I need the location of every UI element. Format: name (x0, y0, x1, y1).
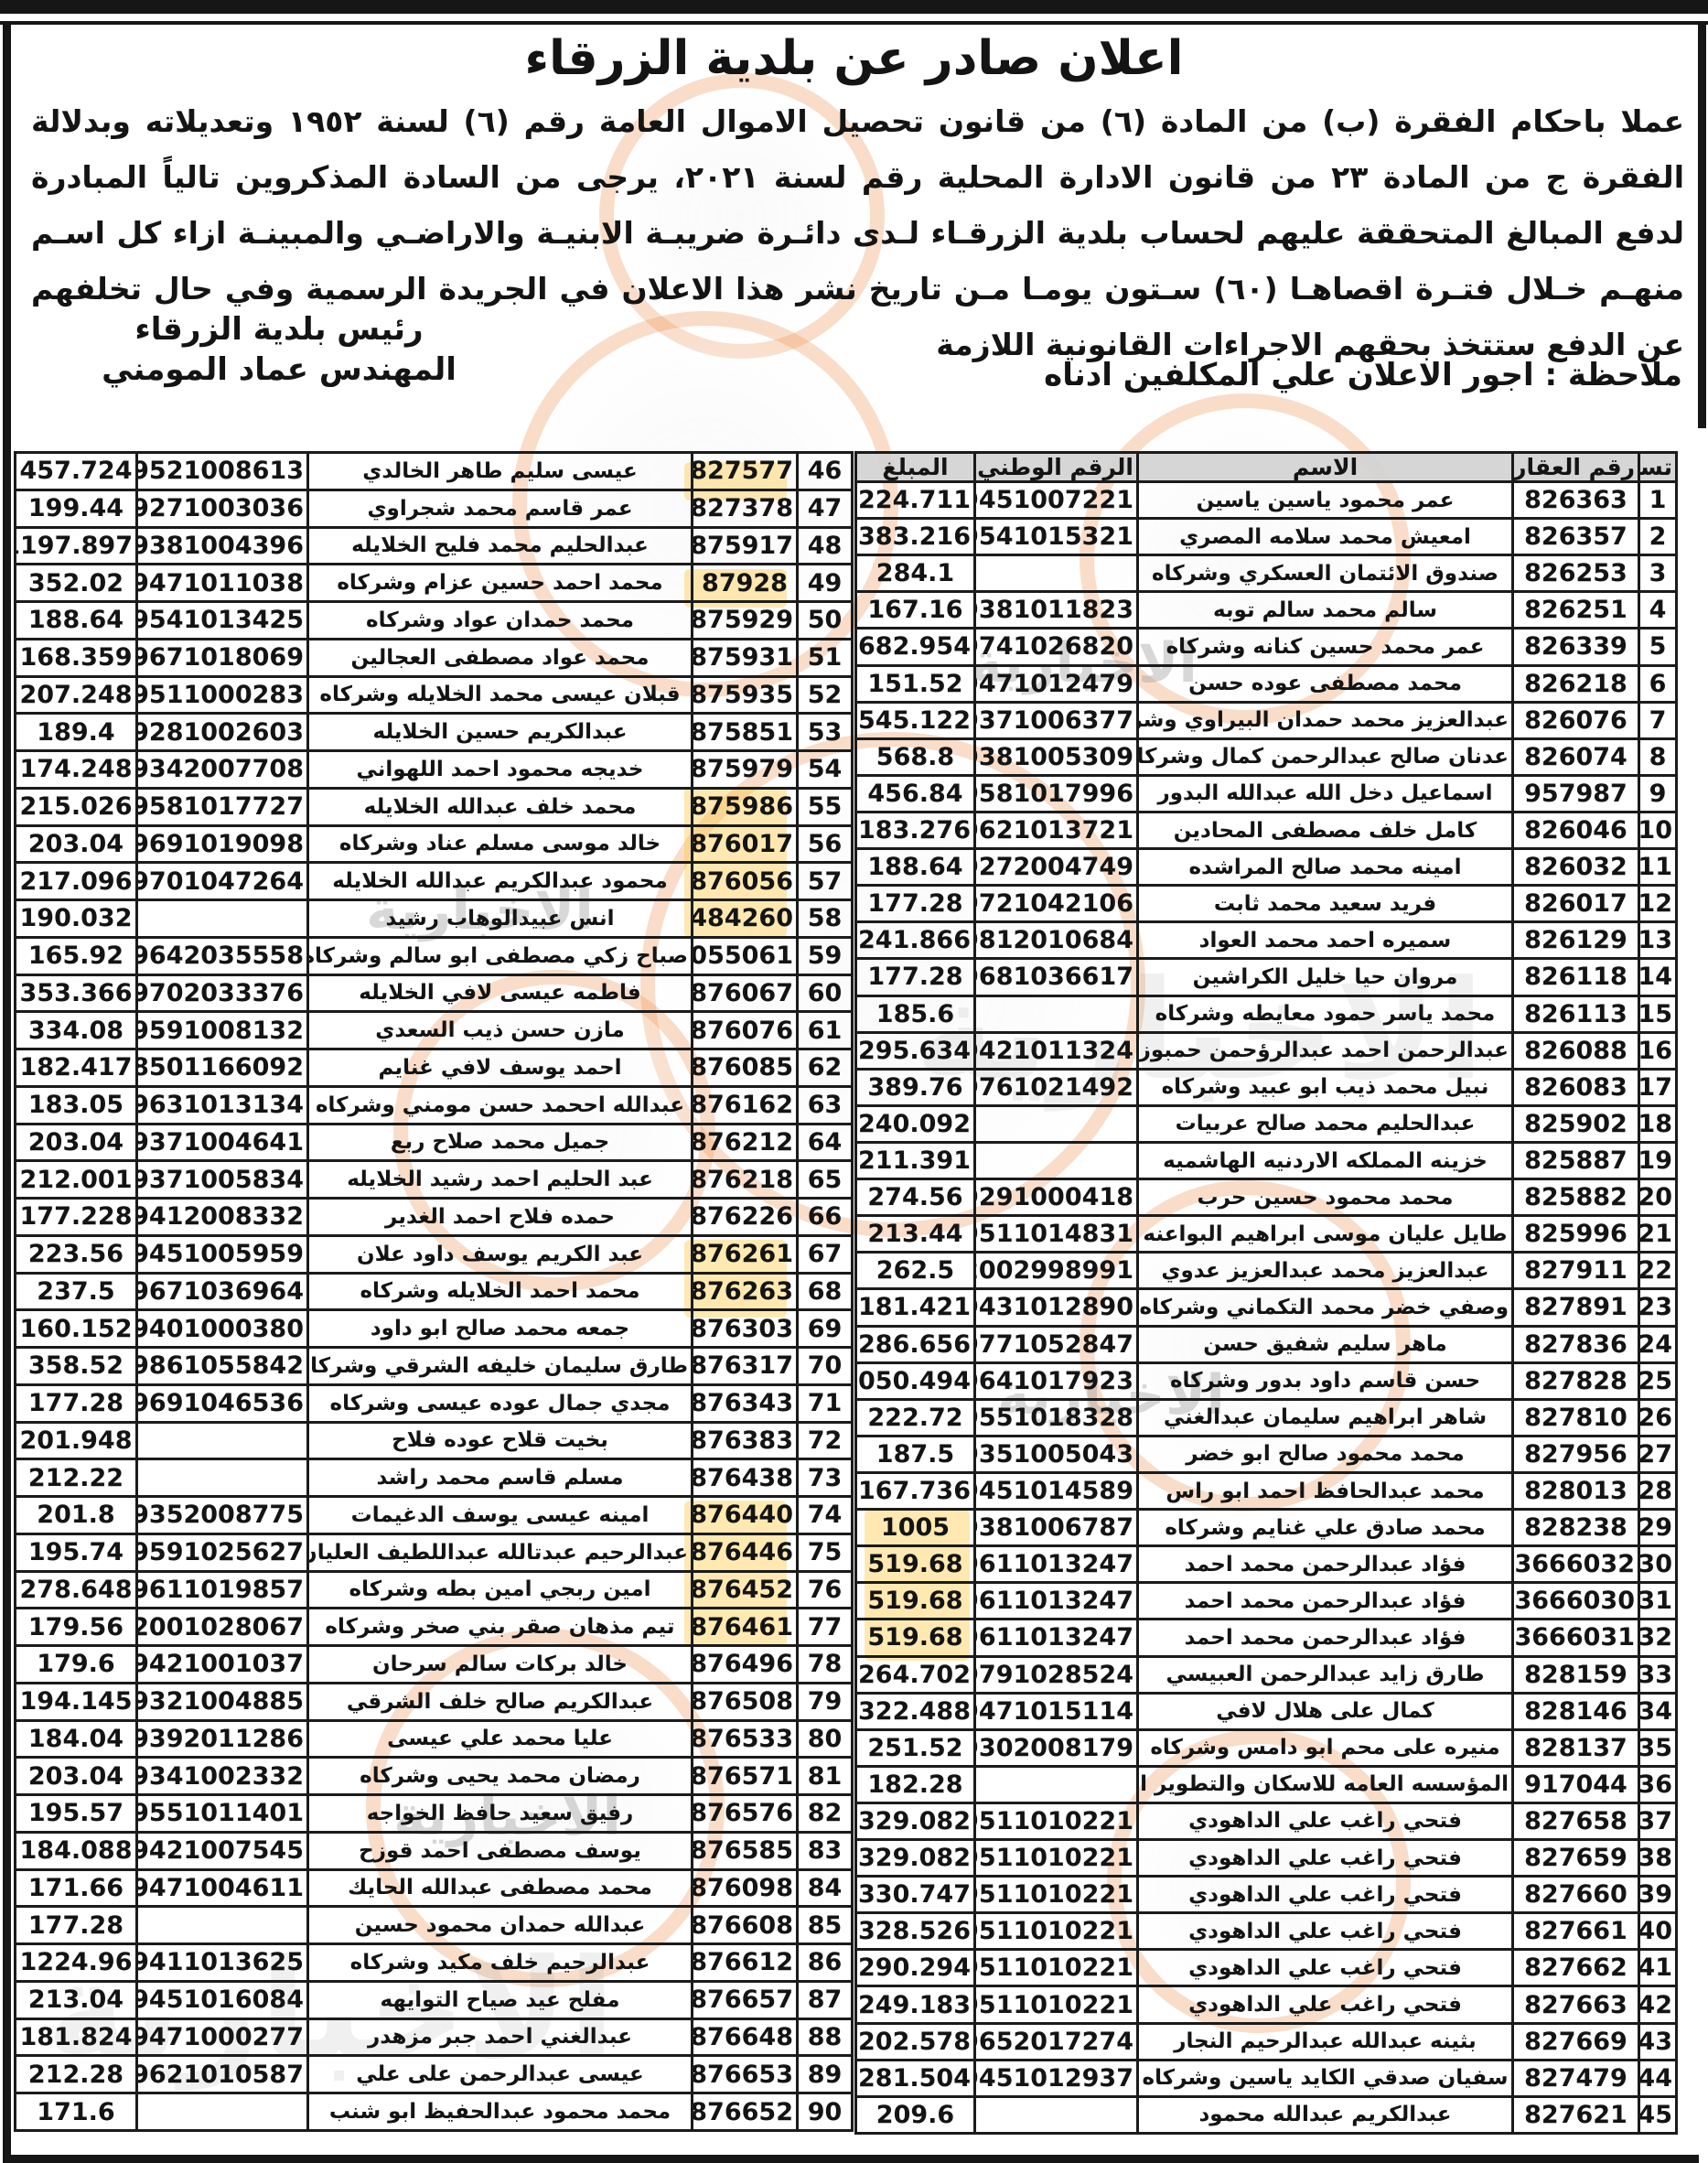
cell-serial: 75 (798, 1533, 853, 1571)
table-row: 67876261عبد الكريم يوسف داود علان9451005… (16, 1235, 853, 1273)
cell-serial: 70 (798, 1348, 853, 1385)
cell-serial: 40 (1639, 1913, 1677, 1950)
cell-amount: 184.04 (16, 1720, 137, 1758)
table-row: 8826074عدنان صالح عبدالرحمن كمال وشركاه9… (856, 738, 1677, 775)
cell-property: 827891 (1513, 1289, 1639, 1326)
table-row: 16826088عبدالرحمن احمد عبدالرؤحمن حمبوز9… (856, 1032, 1677, 1069)
table-row: 14826118مروان حيا خليل الكراشين968103661… (856, 959, 1677, 995)
cell-serial: 22 (1639, 1253, 1677, 1289)
cell-national: 9721042106 (975, 886, 1138, 922)
cell-serial: 27 (1639, 1436, 1677, 1472)
cell-name: محمد احمد الخلايله وشركاه (308, 1273, 693, 1310)
cell-serial: 25 (1639, 1362, 1677, 1399)
cell-national: 9342007708 (137, 751, 308, 789)
cell-national: 9761021492 (975, 1069, 1138, 1105)
cell-property: 827577 (693, 453, 798, 490)
cell-name: امعيش محمد سلامه المصري (1138, 519, 1513, 555)
table-row: 51875931محمد عواد مصطفى العجالين96710180… (16, 639, 853, 676)
cell-amount: 177.28 (856, 886, 975, 922)
frame-left-bar (3, 21, 11, 2163)
cell-serial: 78 (798, 1646, 853, 1684)
cell-name: خالد بركات سالم سرحان (308, 1646, 693, 1684)
cell-national: 9291000418 (975, 1179, 1138, 1216)
cell-property: 828146 (1513, 1693, 1639, 1729)
table-row: 19825887خزينه المملكه الاردنيه الهاشميه2… (856, 1142, 1677, 1178)
cell-amount: 284.1 (856, 555, 975, 592)
cell-serial: 29 (1639, 1510, 1677, 1546)
cell-name: عبدالله اححمد حسن مومني وشركاه (308, 1086, 693, 1124)
cell-name: حسن قاسم داود بدور وشركاه (1138, 1362, 1513, 1399)
table-row: 35828137منيره على محم ابو دامس وشركاه930… (856, 1729, 1677, 1766)
cell-property: 876653 (693, 2056, 798, 2093)
top-border-bar (0, 0, 1708, 14)
cell-name: عبدالرحيم عبدتالله عبداللطيف العليان (308, 1533, 693, 1571)
table-row: 11826032امينه محمد صالح المراشده92720047… (856, 849, 1677, 886)
signature-block: رئيس بلدية الزرقاء المهندس عماد المومني (50, 309, 508, 390)
cell-amount: 203.04 (16, 1758, 137, 1795)
cell-amount: 519.68 (856, 1583, 975, 1620)
table-row: 47827378عمر قاسم محمد شجراوي927100303619… (16, 490, 853, 527)
cell-amount: 181.824 (16, 2018, 137, 2056)
cell-name: يوسف مصطفى احمد قوزح (308, 1832, 693, 1869)
cell-amount: 240.092 (856, 1105, 975, 1142)
cell-name: جمعه محمد صالح ابو داود (308, 1310, 693, 1348)
cell-amount: 151.52 (856, 665, 975, 702)
cell-amount: 519.68 (856, 1620, 975, 1656)
cell-amount: 168.359 (16, 639, 137, 676)
cell-serial: 47 (798, 490, 853, 527)
cell-national: 9381006787 (975, 1510, 1138, 1546)
cell-name: طارق زايد عبدالرحمن العبيسي (1138, 1656, 1513, 1693)
cell-name: خالد موسى مسلم عناد وشركاه (308, 825, 693, 863)
cell-national: 9511014831 (975, 1216, 1138, 1253)
cell-national: 9581017727 (137, 788, 308, 825)
cell-amount: 177.228 (16, 1199, 137, 1236)
cell-serial: 1 (1639, 482, 1677, 519)
cell-national: 9271003036 (137, 490, 308, 527)
cell-amount: 383.216 (856, 519, 975, 555)
table-row: 41827662فتحي راغب علي الداهودي9511010221… (856, 1950, 1677, 1986)
table-row: 79876508عبدالكريم صالح خلف الشرقي9321004… (16, 1683, 853, 1720)
cell-amount: 188.64 (856, 849, 975, 886)
cell-amount: 215.026 (16, 788, 137, 825)
cell-property: 827911 (1513, 1253, 1639, 1289)
cell-name: عبد الحليم احمد رشيد الخلايله (308, 1161, 693, 1199)
table-row: 64876212جميل محمد صلاح ربع9371004641203.… (16, 1124, 853, 1161)
cell-national: 9381004396 (137, 527, 308, 565)
cell-national: 9381005309 (975, 738, 1138, 775)
cell-serial: 33 (1639, 1656, 1677, 1693)
cell-serial: 64 (798, 1124, 853, 1161)
table-row: 66876226حمده فلاح احمد الغدير94120083321… (16, 1199, 853, 1236)
cell-name: قبلان عيسى محمد الخلايله وشركاه (308, 676, 693, 714)
cell-property: 826032 (1513, 849, 1639, 886)
table-row: 5826339عمر محمد حسين كنانه وشركاه9741026… (856, 629, 1677, 665)
table-row: 75876446عبدالرحيم عبدتالله عبداللطيف الع… (16, 1533, 853, 1571)
table-row: 84876098محمد مصطفى عبدالله الحايك9471004… (16, 1869, 853, 1907)
cell-name: عبدالرحمن احمد عبدالرؤحمن حمبوز (1138, 1032, 1513, 1069)
cell-national: 9451007221 (975, 482, 1138, 519)
cell-national: 9621013721 (975, 812, 1138, 848)
table-row: 87876657مفلح عيد صياح التوايهه9451016084… (16, 1981, 853, 2018)
cell-property: 827659 (1513, 1840, 1639, 1877)
cell-serial: 79 (798, 1683, 853, 1720)
cell-name: فتحي راغب علي الداهودي (1138, 1877, 1513, 1913)
cell-property: 876218 (693, 1161, 798, 1199)
cell-serial: 32 (1639, 1620, 1677, 1656)
cell-national: 9411013625 (137, 1944, 308, 1982)
cell-amount: 329.082 (856, 1840, 975, 1877)
cell-property: 876226 (693, 1199, 798, 1236)
cell-name: طارق سليمان خليفه الشرقي وشركاه (308, 1348, 693, 1385)
cell-amount: 222.72 (856, 1399, 975, 1436)
cell-national: 9791028524 (975, 1656, 1138, 1693)
cell-name: فتحي راغب علي الداهودي (1138, 1950, 1513, 1986)
cell-name: فريد سعيد محمد ثابت (1138, 886, 1513, 922)
cell-amount: 183.276 (856, 812, 975, 848)
cell-property: 827836 (1513, 1326, 1639, 1362)
cell-amount: 213.04 (16, 1981, 137, 2018)
cell-amount: 209.6 (856, 2096, 975, 2133)
cell-name: عبدالكريم عبدالله محمود (1138, 2096, 1513, 2133)
cell-name: محمد محمود حسين حرب (1138, 1179, 1513, 1216)
table-row: 36917044المؤسسه العامه للاسكان والتطوير … (856, 1766, 1677, 1802)
cell-name: انس عبيدالوهاب رشيد (308, 900, 693, 938)
table-row: 33828159طارق زايد عبدالرحمن العبيسي97910… (856, 1656, 1677, 1693)
cell-amount: 329.082 (856, 1802, 975, 1839)
cell-property: 876438 (693, 1459, 798, 1497)
table-row: 85876608عبدالله حمدان محمود حسين177.28 (16, 1907, 853, 1944)
table-row: 62876085احمد يوسف لافي غنايم850116609218… (16, 1049, 853, 1087)
cell-serial: 30 (1639, 1546, 1677, 1583)
cell-name: رفيق سعيد حافظ الخواجه (308, 1795, 693, 1833)
cell-name: محمد عبدالحافظ احمد ابو راس (1138, 1472, 1513, 1509)
cell-serial: 20 (1639, 1179, 1677, 1216)
cell-property: 876076 (693, 1012, 798, 1049)
cell-serial: 11 (1639, 849, 1677, 886)
cell-serial: 28 (1639, 1472, 1677, 1509)
cell-serial: 80 (798, 1720, 853, 1758)
cell-property: 825902 (1513, 1105, 1639, 1142)
table-row: 90876652محمد محمود عبدالحفيظ ابو شنب171.… (16, 2093, 853, 2131)
cell-amount: 217.096 (16, 863, 137, 900)
cell-amount: 202.578 (856, 2023, 975, 2060)
cell-property: 876576 (693, 1795, 798, 1833)
cell-name: محمد حمدان عواد وشركاه (308, 602, 693, 640)
cell-serial: 77 (798, 1609, 853, 1646)
cell-property: 957987 (1513, 775, 1639, 812)
cell-national: 9511010221 (975, 1840, 1138, 1877)
cell-property: 827956 (1513, 1436, 1639, 1472)
cell-serial: 26 (1639, 1399, 1677, 1436)
cell-serial: 62 (798, 1049, 853, 1087)
cell-national (975, 1105, 1138, 1142)
cell-name: المؤسسه العامه للاسكان والتطوير الحضري (1138, 1766, 1513, 1802)
table-row: 74876440امينه عيسى يوسف الدغيمات93520087… (16, 1497, 853, 1534)
cell-serial: 60 (798, 974, 853, 1012)
cell-name: كمال على هلال لافي (1138, 1693, 1513, 1729)
cell-national: 9551011401 (137, 1795, 308, 1833)
table-row: 4987928محمد احمد حسين عزام وشركاه9471011… (16, 565, 853, 602)
cell-amount: 295.634 (856, 1032, 975, 1069)
cell-national: 2002998991 (975, 1253, 1138, 1289)
cell-serial: 16 (1639, 1032, 1677, 1069)
cell-name: مجدي جمال عوده عيسى وشركاه (308, 1384, 693, 1422)
cell-serial: 12 (1639, 886, 1677, 922)
cell-amount: 212.22 (16, 1459, 137, 1497)
cell-name: فاطمه عيسى لافي الخلايله (308, 974, 693, 1012)
cell-name: فؤاد عبدالرحمن محمد احمد (1138, 1546, 1513, 1583)
signature-name: المهندس عماد المومني (50, 350, 508, 390)
cell-name: عبدالله حمدان محمود حسين (308, 1907, 693, 1944)
cell-property: 875986 (693, 788, 798, 825)
cell-amount: 167.16 (856, 592, 975, 629)
cell-serial: 83 (798, 1832, 853, 1869)
table-row: 45827621عبدالكريم عبدالله محمود209.6 (856, 2096, 1677, 2133)
cell-serial: 48 (798, 527, 853, 565)
cell-amount: 3050.494 (856, 1362, 975, 1399)
cell-serial: 86 (798, 1944, 853, 1982)
header-name: الاسم (1138, 453, 1513, 482)
table-row: 13826129سميره احمد محمد العواد9812010684… (856, 922, 1677, 959)
cell-name: محمود عبدالكريم عبدالله الخلايله (308, 863, 693, 900)
cell-amount: 160.152 (16, 1310, 137, 1348)
cell-amount: 188.64 (16, 602, 137, 640)
cell-national: 9511010221 (975, 1877, 1138, 1913)
cell-national: 2001028067 (137, 1609, 308, 1646)
table-row: 23827891وصفي خضر محمد التكماني وشركاه943… (856, 1289, 1677, 1326)
cell-property: 827663 (1513, 1986, 1639, 2023)
cell-national: 9371006377 (975, 702, 1138, 738)
cell-national: 9691019098 (137, 825, 308, 863)
cell-amount: 352.02 (16, 565, 137, 602)
cell-national: 9451012937 (975, 2060, 1138, 2096)
cell-national: 9281002603 (137, 714, 308, 751)
cell-serial: 39 (1639, 1877, 1677, 1913)
cell-serial: 89 (798, 2056, 853, 2093)
cell-name: عبدالعزيز محمد حمدان البيراوي وشركاه (1138, 702, 1513, 738)
cell-national: 9771052847 (975, 1326, 1138, 1362)
cell-amount: 212.001 (16, 1161, 137, 1199)
table-row: 17826083نبيل محمد ذيب ابو عبيد وشركاه976… (856, 1069, 1677, 1105)
cell-national: 9621010587 (137, 2056, 308, 2093)
page-title: اعلان صادر عن بلدية الزرقاء (0, 31, 1708, 86)
cell-national: 9511000283 (137, 676, 308, 714)
cell-national: 9611013247 (975, 1583, 1138, 1620)
cell-property: 876098 (693, 1869, 798, 1907)
table-row: 37827658فتحي راغب علي الداهودي9511010221… (856, 1802, 1677, 1839)
cell-amount: 171.6 (16, 2093, 137, 2131)
cell-serial: 23 (1639, 1289, 1677, 1326)
cell-national: 9351005043 (975, 1436, 1138, 1472)
table-row: 39827660فتحي راغب علي الداهودي9511010221… (856, 1877, 1677, 1913)
cell-property: 876652 (693, 2093, 798, 2131)
table-row: 80876533عليا محمد علي عيسى9392011286184.… (16, 1720, 853, 1758)
table-row: 60876067فاطمه عيسى لافي الخلايله97020333… (16, 974, 853, 1012)
cell-name: خزينه المملكه الاردنيه الهاشميه (1138, 1142, 1513, 1178)
table-row: 69876303جمعه محمد صالح ابو داود940100038… (16, 1310, 853, 1348)
cell-serial: 17 (1639, 1069, 1677, 1105)
cell-amount: 184.088 (16, 1832, 137, 1869)
cell-property: 826113 (1513, 995, 1639, 1032)
cell-amount: 281.504 (856, 2060, 975, 2096)
cell-name: سالم محمد سالم توبه (1138, 592, 1513, 629)
cell-amount: 211.391 (856, 1142, 975, 1178)
cell-national: 9591008132 (137, 1012, 308, 1049)
cell-name: فتحي راغب علي الداهودي (1138, 1802, 1513, 1839)
cell-serial: 68 (798, 1273, 853, 1310)
cell-serial: 85 (798, 1907, 853, 1944)
taxpayers-table-right: تسلسل رقم العقار الاسم الرقم الوطني المب… (854, 451, 1678, 2135)
cell-name: محمد محمود عبدالحفيظ ابو شنب (308, 2093, 693, 2131)
cell-national: 9471015114 (975, 1693, 1138, 1729)
cell-property: 826357 (1513, 519, 1639, 555)
cell-property: 827378 (693, 490, 798, 527)
table-row: 65876218عبد الحليم احمد رشيد الخلايله937… (16, 1161, 853, 1199)
cell-serial: 51 (798, 639, 853, 676)
cell-amount: 195.74 (16, 1533, 137, 1571)
cell-national (137, 1459, 308, 1497)
cell-national: 9421011324 (975, 1032, 1138, 1069)
cell-name: احمد يوسف لافي غنايم (308, 1049, 693, 1087)
cell-amount: 177.28 (856, 959, 975, 995)
table-row: 28828013محمد عبدالحافظ احمد ابو راس94510… (856, 1472, 1677, 1509)
cell-property: 876612 (693, 1944, 798, 1982)
cell-property: 876571 (693, 1758, 798, 1795)
cell-property: 825882 (1513, 1179, 1639, 1216)
cell-serial: 38 (1639, 1840, 1677, 1877)
table-row: 44827479سفيان صدقي الكايد ياسين وشركاه94… (856, 2060, 1677, 2096)
cell-serial: 18 (1639, 1105, 1677, 1142)
cell-amount: 181.421 (856, 1289, 975, 1326)
cell-serial: 65 (798, 1161, 853, 1199)
table-row: 2826357امعيش محمد سلامه المصري9541015321… (856, 519, 1677, 555)
cell-national (975, 995, 1138, 1032)
cell-name: عبد الكريم يوسف داود علان (308, 1235, 693, 1273)
cell-national (975, 1766, 1138, 1802)
cell-amount: 358.52 (16, 1348, 137, 1385)
cell-name: خديجه محمود احمد اللهواني (308, 751, 693, 789)
cell-name: صباح زكي مصطفى ابو سالم وشركاه (308, 937, 693, 974)
cell-name: محمد مصطفى عوده حسن (1138, 665, 1513, 702)
cell-serial: 87 (798, 1981, 853, 2018)
table-row: 48875917عبدالحليم محمد فليح الخلايله9381… (16, 527, 853, 565)
cell-amount: 207.248 (16, 676, 137, 714)
cell-name: مفلح عيد صياح التوايهه (308, 1981, 693, 2018)
cell-amount: 212.28 (16, 2056, 137, 2093)
cell-national: 9641017923 (975, 1362, 1138, 1399)
cell-name: بخيت قلاح عوده فلاح (308, 1422, 693, 1459)
cell-property: 826129 (1513, 922, 1639, 959)
cell-amount: 182.417 (16, 1049, 137, 1087)
cell-amount: 456.84 (856, 775, 975, 812)
cell-property: 876017 (693, 825, 798, 863)
table-row: 56876017خالد موسى مسلم عناد وشركاه969101… (16, 825, 853, 863)
table-row: 71876343مجدي جمال عوده عيسى وشركاه969104… (16, 1384, 853, 1422)
cell-name: ماهر سليم شفيق حسن (1138, 1326, 1513, 1362)
cell-serial: 57 (798, 863, 853, 900)
cell-amount: 334.08 (16, 1012, 137, 1049)
cell-serial: 58 (798, 900, 853, 938)
cell-serial: 59 (798, 937, 853, 974)
cell-serial: 9 (1639, 775, 1677, 812)
cell-amount: 1197.897 (16, 527, 137, 565)
cell-name: جميل محمد صلاح ربع (308, 1124, 693, 1161)
cell-serial: 52 (798, 676, 853, 714)
cell-national: 9861055842 (137, 1348, 308, 1385)
cell-name: عبدالرحيم خلف مكيد وشركاه (308, 1944, 693, 1982)
cell-national: 9451005959 (137, 1235, 308, 1273)
table-row: 21825996طايل عليان موسى ابراهيم البواعنه… (856, 1216, 1677, 1253)
cell-amount: 177.28 (16, 1384, 137, 1422)
table-row: 27827956محمد محمود صالح ابو خضر935100504… (856, 1436, 1677, 1472)
cell-serial: 37 (1639, 1802, 1677, 1839)
cell-name: اسماعيل دخل الله عبدالله البدور (1138, 775, 1513, 812)
cell-amount: 183.05 (16, 1086, 137, 1124)
cell-amount: 328.526 (856, 1913, 975, 1950)
cell-amount: 171.66 (16, 1869, 137, 1907)
cell-national: 9471000277 (137, 2018, 308, 2056)
cell-national: 9371004641 (137, 1124, 308, 1161)
cell-amount: 330.747 (856, 1877, 975, 1913)
cell-amount: 179.56 (16, 1609, 137, 1646)
cell-serial: 13 (1639, 922, 1677, 959)
cell-serial: 50 (798, 602, 853, 640)
cell-amount: 201.948 (16, 1422, 137, 1459)
cell-amount: 290.294 (856, 1950, 975, 1986)
cell-serial: 2 (1639, 519, 1677, 555)
cell-amount: 187.5 (856, 1436, 975, 1472)
cell-property: 875931 (693, 639, 798, 676)
cell-name: حمده فلاح احمد الغدير (308, 1199, 693, 1236)
cell-property: 3666032 (1513, 1546, 1639, 1583)
cell-serial: 44 (1639, 2060, 1677, 2096)
cell-amount: 177.28 (16, 1907, 137, 1944)
table-row: 34828146كمال على هلال لافي9471015114322.… (856, 1693, 1677, 1729)
cell-property: 876263 (693, 1273, 798, 1310)
cell-national: 9451014589 (975, 1472, 1138, 1509)
cell-national: 9681036617 (975, 959, 1138, 995)
cell-national: 9812010684 (975, 922, 1138, 959)
table-row: 86876612عبدالرحيم خلف مكيد وشركاه9411013… (16, 1944, 853, 1982)
cell-serial: 63 (798, 1086, 853, 1124)
table-row: 22827911عبدالعزيز محمد عبدالعزيز عدوي200… (856, 1253, 1677, 1289)
cell-national: 9631013134 (137, 1086, 308, 1124)
cell-name: سفيان صدقي الكايد ياسين وشركاه (1138, 2060, 1513, 2096)
table-row: 24827836ماهر سليم شفيق حسن9771052847286.… (856, 1326, 1677, 1362)
cell-national: 9541015321 (975, 519, 1138, 555)
cell-name: محمد احمد حسين عزام وشركاه (308, 565, 693, 602)
cell-serial: 34 (1639, 1693, 1677, 1729)
cell-national: 9511010221 (975, 1986, 1138, 2023)
cell-property: 876452 (693, 1571, 798, 1609)
cell-national: 9611019857 (137, 1571, 308, 1609)
cell-amount: 237.5 (16, 1273, 137, 1310)
header-national: الرقم الوطني (975, 453, 1138, 482)
cell-property: 826074 (1513, 738, 1639, 775)
table-row: 15826113محمد ياسر حمود معايطه وشركاه185.… (856, 995, 1677, 1032)
cell-serial: 24 (1639, 1326, 1677, 1362)
table-row: 5921055061صباح زكي مصطفى ابو سالم وشركاه… (16, 937, 853, 974)
cell-name: عيسى سليم طاهر الخالدي (308, 453, 693, 490)
cell-property: 876508 (693, 1683, 798, 1720)
cell-amount: 264.702 (856, 1656, 975, 1693)
cell-amount: 224.711 (856, 482, 975, 519)
cell-property: 876440 (693, 1497, 798, 1534)
header-amount: المبلغ (856, 453, 975, 482)
cell-national: 9421007545 (137, 1832, 308, 1869)
cell-property: 876648 (693, 2018, 798, 2056)
